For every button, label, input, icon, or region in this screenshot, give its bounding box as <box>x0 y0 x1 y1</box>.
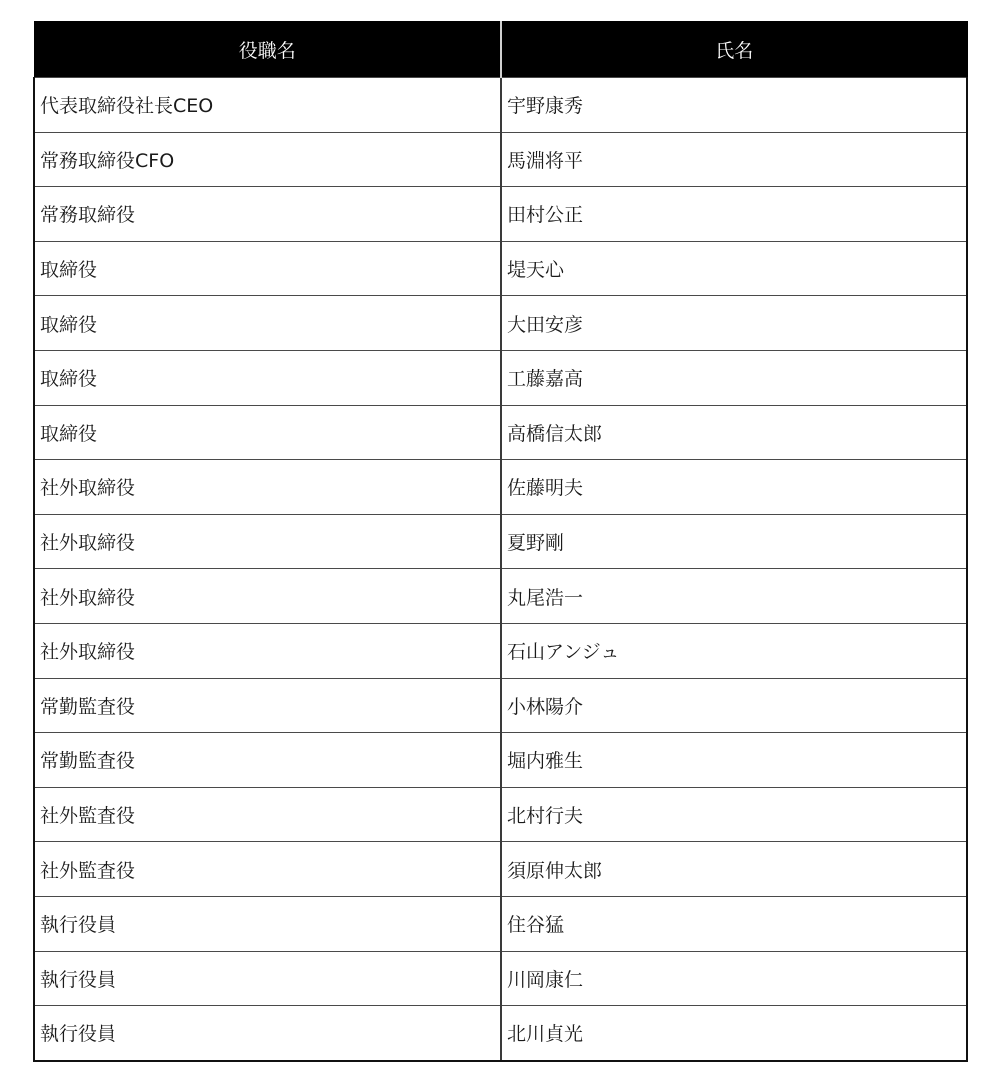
table-row: 代表取締役社長CEO宇野康秀 <box>34 78 967 133</box>
role-cell: 社外監査役 <box>34 842 501 897</box>
officers-table-container: 役職名 氏名 代表取締役社長CEO宇野康秀 常務取締役CFO馬淵将平 常務取締役… <box>33 21 966 1062</box>
name-cell: 堤天心 <box>501 241 967 296</box>
table-row: 執行役員住谷猛 <box>34 896 967 951</box>
role-cell: 社外取締役 <box>34 460 501 515</box>
role-cell: 執行役員 <box>34 951 501 1006</box>
table-body: 代表取締役社長CEO宇野康秀 常務取締役CFO馬淵将平 常務取締役田村公正 取締… <box>34 78 967 1061</box>
role-cell: 執行役員 <box>34 1006 501 1061</box>
table-row: 社外監査役北村行夫 <box>34 787 967 842</box>
table-row: 取締役堤天心 <box>34 241 967 296</box>
role-cell: 取締役 <box>34 241 501 296</box>
officers-table: 役職名 氏名 代表取締役社長CEO宇野康秀 常務取締役CFO馬淵将平 常務取締役… <box>33 21 968 1062</box>
role-cell: 社外取締役 <box>34 514 501 569</box>
table-header: 役職名 氏名 <box>34 21 967 78</box>
name-cell: 佐藤明夫 <box>501 460 967 515</box>
name-cell: 石山アンジュ <box>501 623 967 678</box>
role-cell: 常務取締役 <box>34 187 501 242</box>
header-row: 役職名 氏名 <box>34 21 967 78</box>
column-header-name: 氏名 <box>501 21 967 78</box>
role-cell: 社外監査役 <box>34 787 501 842</box>
name-cell: 夏野剛 <box>501 514 967 569</box>
role-cell: 常勤監査役 <box>34 733 501 788</box>
name-cell: 北川貞光 <box>501 1006 967 1061</box>
name-cell: 住谷猛 <box>501 896 967 951</box>
name-cell: 馬淵将平 <box>501 132 967 187</box>
role-cell: 常勤監査役 <box>34 678 501 733</box>
name-cell: 小林陽介 <box>501 678 967 733</box>
role-cell: 常務取締役CFO <box>34 132 501 187</box>
name-cell: 丸尾浩一 <box>501 569 967 624</box>
table-row: 社外取締役佐藤明夫 <box>34 460 967 515</box>
name-cell: 工藤嘉高 <box>501 350 967 405</box>
role-cell: 社外取締役 <box>34 569 501 624</box>
role-cell: 取締役 <box>34 296 501 351</box>
role-cell: 執行役員 <box>34 896 501 951</box>
table-row: 常勤監査役堀内雅生 <box>34 733 967 788</box>
table-row: 執行役員川岡康仁 <box>34 951 967 1006</box>
name-cell: 堀内雅生 <box>501 733 967 788</box>
role-cell: 代表取締役社長CEO <box>34 78 501 133</box>
table-row: 常務取締役田村公正 <box>34 187 967 242</box>
table-row: 執行役員北川貞光 <box>34 1006 967 1061</box>
name-cell: 大田安彦 <box>501 296 967 351</box>
table-row: 常勤監査役小林陽介 <box>34 678 967 733</box>
table-row: 取締役工藤嘉高 <box>34 350 967 405</box>
table-row: 社外取締役丸尾浩一 <box>34 569 967 624</box>
column-header-role: 役職名 <box>34 21 501 78</box>
table-row: 社外取締役石山アンジュ <box>34 623 967 678</box>
table-row: 社外監査役須原伸太郎 <box>34 842 967 897</box>
table-row: 取締役高橋信太郎 <box>34 405 967 460</box>
name-cell: 北村行夫 <box>501 787 967 842</box>
name-cell: 田村公正 <box>501 187 967 242</box>
role-cell: 取締役 <box>34 405 501 460</box>
name-cell: 高橋信太郎 <box>501 405 967 460</box>
table-row: 常務取締役CFO馬淵将平 <box>34 132 967 187</box>
role-cell: 社外取締役 <box>34 623 501 678</box>
name-cell: 須原伸太郎 <box>501 842 967 897</box>
name-cell: 宇野康秀 <box>501 78 967 133</box>
table-row: 社外取締役夏野剛 <box>34 514 967 569</box>
table-row: 取締役大田安彦 <box>34 296 967 351</box>
name-cell: 川岡康仁 <box>501 951 967 1006</box>
role-cell: 取締役 <box>34 350 501 405</box>
